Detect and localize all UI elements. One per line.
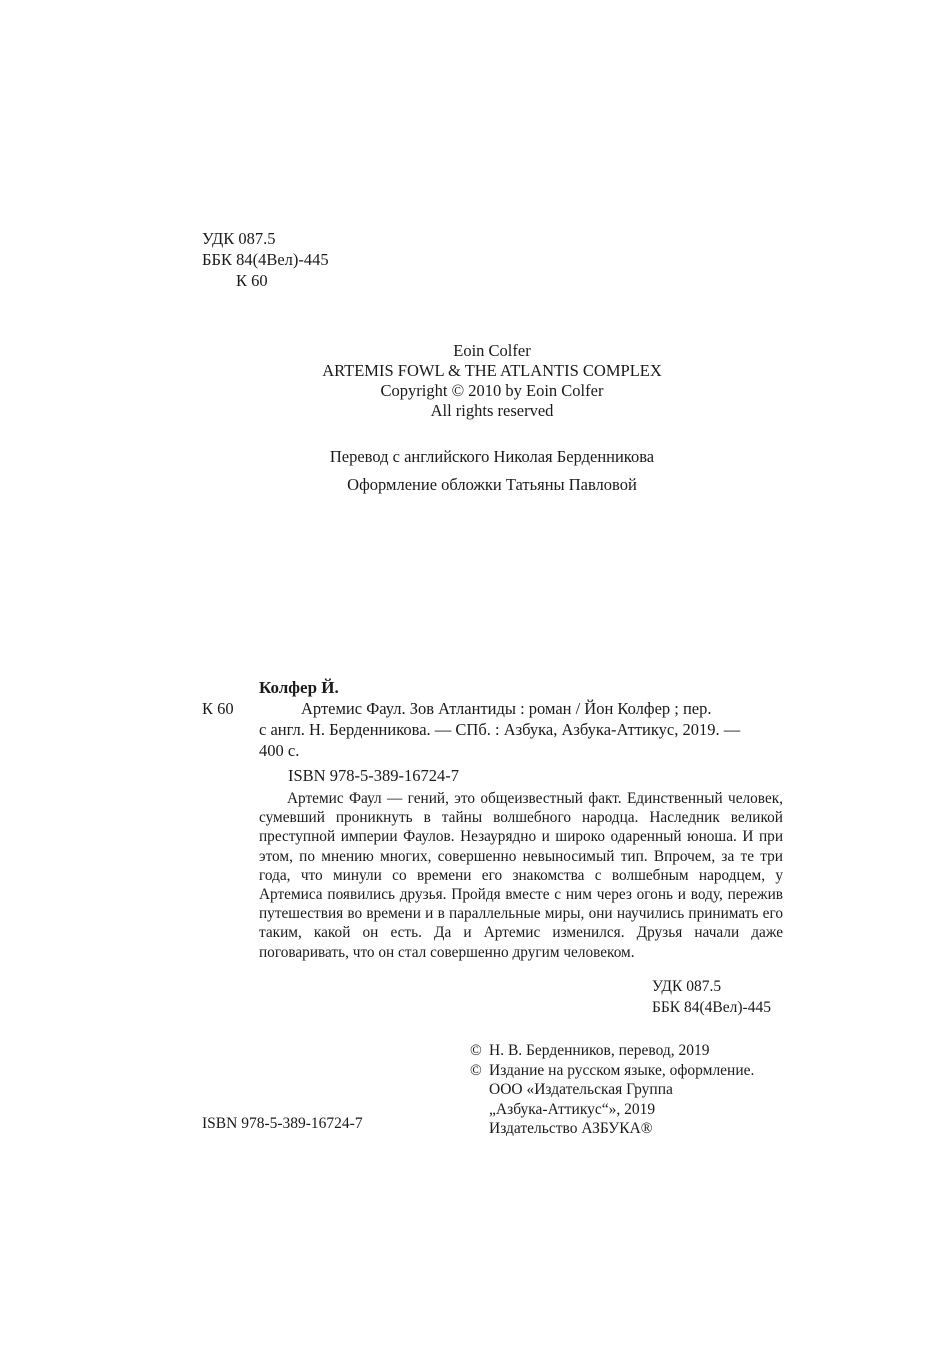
classification-codes-bottom: УДК 087.5 ББК 84(4Вел)-445 bbox=[652, 976, 771, 1018]
author-heading: Колфер Й. bbox=[259, 678, 339, 698]
classification-codes-top: УДК 087.5 ББК 84(4Вел)-445 К 60 bbox=[202, 228, 329, 291]
isbn-bottom: ISBN 978-5-389-16724-7 bbox=[202, 1115, 363, 1133]
bbk-code-bottom: ББК 84(4Вел)-445 bbox=[652, 997, 771, 1018]
cover-design-credit: Оформление обложки Татьяны Павловой bbox=[300, 471, 684, 499]
isbn-record: ISBN 978-5-389-16724-7 bbox=[288, 765, 459, 786]
credits-block: Перевод с английского Николая Берденнико… bbox=[300, 443, 684, 499]
copyright-icon: © bbox=[470, 1061, 489, 1081]
translation-copyright: Н. В. Берденников, перевод, 2019 bbox=[489, 1041, 710, 1061]
original-edition-block: Eoin Colfer ARTEMIS FOWL & THE ATLANTIS … bbox=[300, 341, 684, 421]
bib-line-2: с англ. Н. Берденникова. — СПб. : Азбука… bbox=[259, 719, 783, 740]
bbk-code: ББК 84(4Вел)-445 bbox=[202, 249, 329, 270]
udk-code-bottom: УДК 087.5 bbox=[652, 976, 771, 997]
bibliographic-description: Артемис Фаул. Зов Атлантиды : роман / Йо… bbox=[259, 698, 783, 761]
bib-line-3: 400 с. bbox=[259, 740, 783, 761]
copyright-notices: ©Н. В. Берденников, перевод, 2019 ©Издан… bbox=[470, 1041, 754, 1139]
annotation: Артемис Фаул — гений, это общеизвестный … bbox=[259, 789, 783, 962]
original-author: Eoin Colfer bbox=[300, 341, 684, 361]
edition-copyright-4: Издательство АЗБУКА® bbox=[489, 1119, 653, 1139]
udk-code: УДК 087.5 bbox=[202, 228, 329, 249]
original-copyright: Copyright © 2010 by Eoin Colfer bbox=[300, 381, 684, 401]
translation-credit: Перевод с английского Николая Берденнико… bbox=[300, 443, 684, 471]
author-sign: К 60 bbox=[202, 270, 329, 291]
author-sign-left: К 60 bbox=[202, 698, 234, 719]
bib-line-1: Артемис Фаул. Зов Атлантиды : роман / Йо… bbox=[301, 699, 712, 718]
copyright-icon: © bbox=[470, 1041, 489, 1061]
annotation-text: Артемис Фаул — гений, это общеизвестный … bbox=[259, 789, 783, 962]
original-title: ARTEMIS FOWL & THE ATLANTIS COMPLEX bbox=[300, 361, 684, 381]
edition-copyright-3: „Азбука-Аттикус“», 2019 bbox=[489, 1100, 655, 1120]
edition-copyright-2: ООО «Издательская Группа bbox=[489, 1080, 673, 1100]
rights-statement: All rights reserved bbox=[300, 401, 684, 421]
edition-copyright-1: Издание на русском языке, оформление. bbox=[489, 1061, 754, 1081]
